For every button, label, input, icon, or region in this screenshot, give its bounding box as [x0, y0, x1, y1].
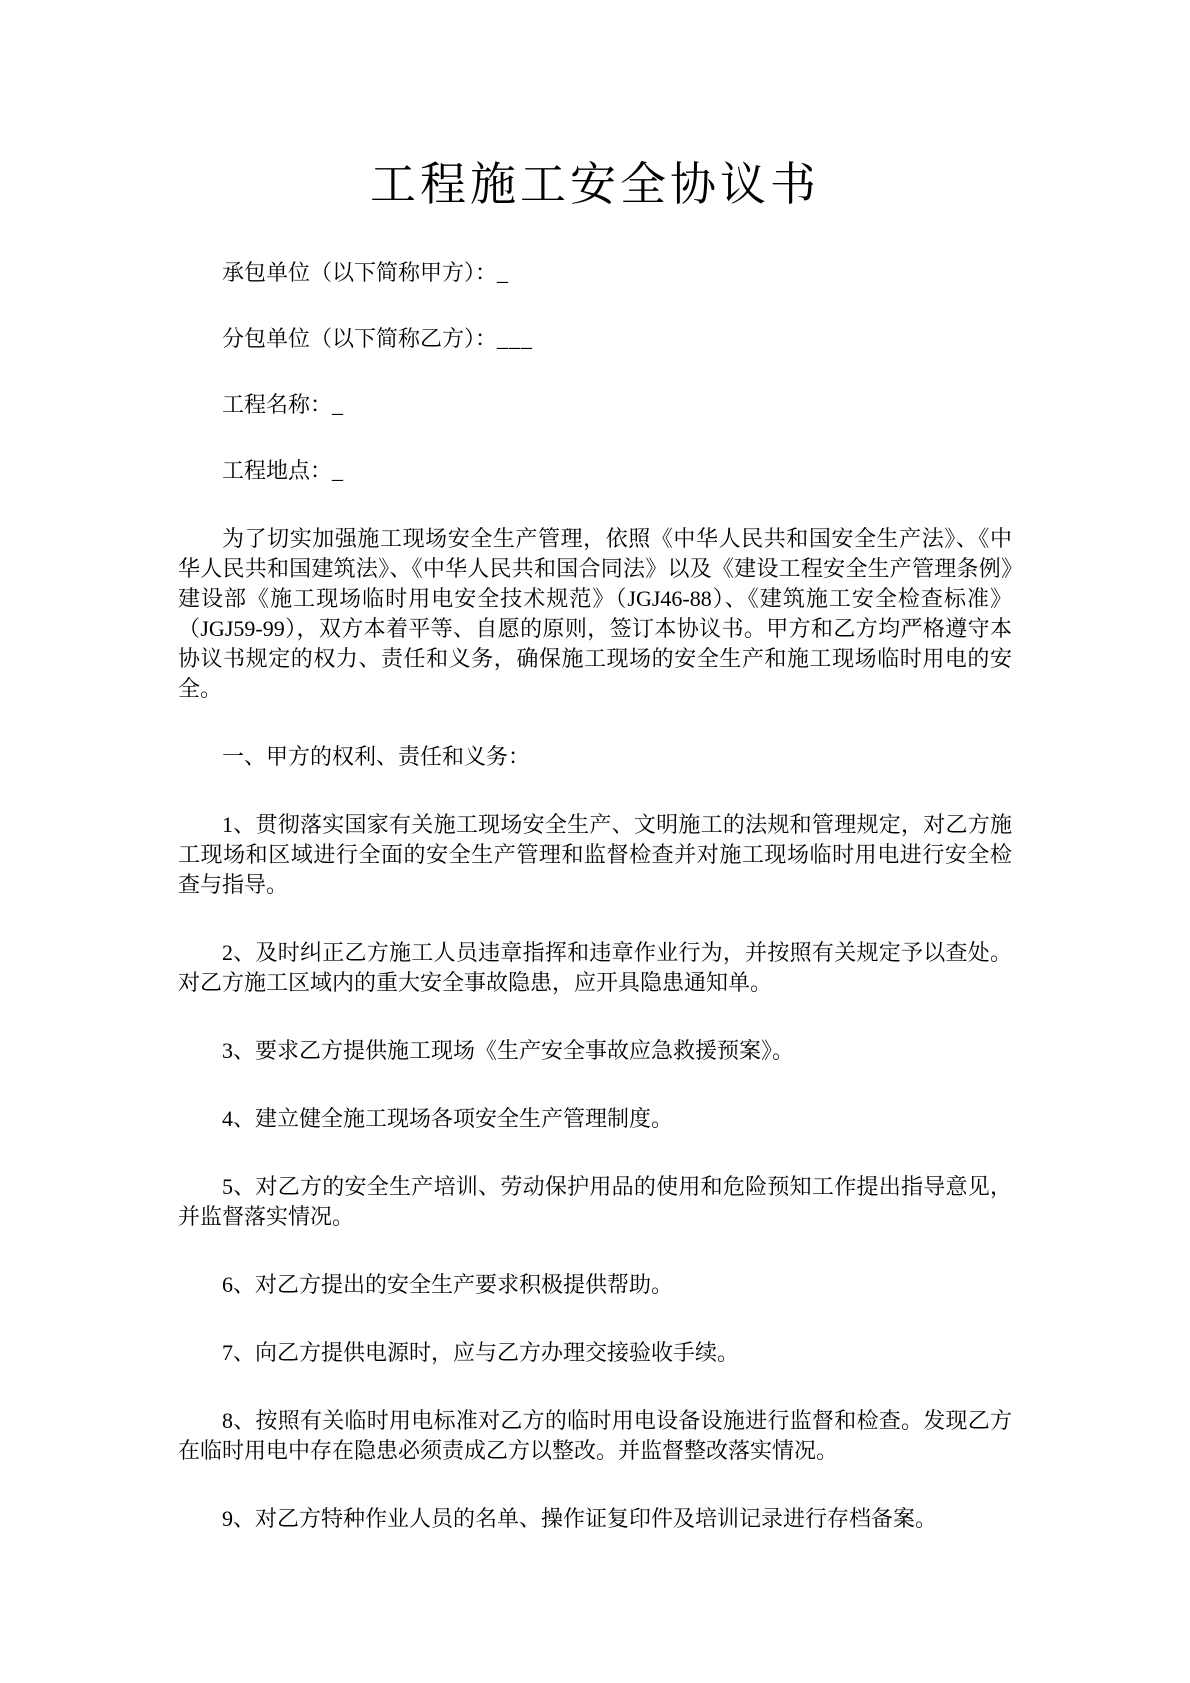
clause-item-5: 5、对乙方的安全生产培训、劳动保护用品的使用和危险预知工作提出指导意见，并监督落… — [178, 1172, 1012, 1232]
document-title: 工程施工安全协议书 — [178, 160, 1012, 210]
clause-item-8: 8、按照有关临时用电标准对乙方的临时用电设备设施进行监督和检查。发现乙方在临时用… — [178, 1406, 1012, 1466]
section-heading-party-a: 一、甲方的权利、责任和义务： — [178, 742, 1012, 772]
field-subcontractor: 分包单位（以下简称乙方）：___ — [178, 324, 1012, 354]
field-project-location: 工程地点：_ — [178, 456, 1012, 486]
field-project-name: 工程名称：_ — [178, 390, 1012, 420]
field-project-name-blank: _ — [332, 392, 344, 417]
field-contractor-label: 承包单位（以下简称甲方）： — [222, 260, 497, 285]
intro-paragraph: 为了切实加强施工现场安全生产管理，依照《中华人民共和国安全生产法》、《中华人民共… — [178, 524, 1012, 704]
field-contractor-blank: _ — [497, 260, 509, 285]
clause-item-9: 9、对乙方特种作业人员的名单、操作证复印件及培训记录进行存档备案。 — [178, 1504, 1012, 1534]
field-contractor: 承包单位（以下简称甲方）：_ — [178, 258, 1012, 288]
field-subcontractor-blank: ___ — [497, 326, 533, 351]
clause-item-2: 2、及时纠正乙方施工人员违章指挥和违章作业行为，并按照有关规定予以查处。对乙方施… — [178, 938, 1012, 998]
document-page: 工程施工安全协议书 承包单位（以下简称甲方）：_ 分包单位（以下简称乙方）：__… — [0, 0, 1190, 1683]
clause-item-1: 1、贯彻落实国家有关施工现场安全生产、文明施工的法规和管理规定，对乙方施工现场和… — [178, 810, 1012, 900]
field-project-location-blank: _ — [332, 458, 344, 483]
clause-item-4: 4、建立健全施工现场各项安全生产管理制度。 — [178, 1104, 1012, 1134]
clause-item-3: 3、要求乙方提供施工现场《生产安全事故应急救援预案》。 — [178, 1036, 1012, 1066]
clause-item-7: 7、向乙方提供电源时，应与乙方办理交接验收手续。 — [178, 1338, 1012, 1368]
field-subcontractor-label: 分包单位（以下简称乙方）： — [222, 326, 497, 351]
field-project-location-label: 工程地点： — [222, 458, 332, 483]
clause-item-6: 6、对乙方提出的安全生产要求积极提供帮助。 — [178, 1270, 1012, 1300]
header-fields: 承包单位（以下简称甲方）：_ 分包单位（以下简称乙方）：___ 工程名称：_ 工… — [178, 258, 1012, 486]
field-project-name-label: 工程名称： — [222, 392, 332, 417]
